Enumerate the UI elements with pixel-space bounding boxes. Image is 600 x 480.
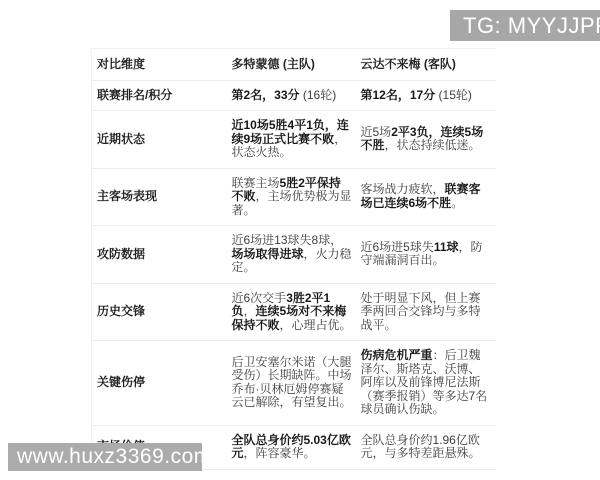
text-segment: 近6场进13球失8球， <box>232 233 343 247</box>
home-team-cell: 近6场进13球失8球，场场取得进球，火力稳定。 <box>232 226 361 284</box>
table-body: 联赛排名/积分第2名，33分 (16轮)第12名，17分 (15轮)近期状态近1… <box>92 80 496 469</box>
away-team-cell: 近6场进5球失11球，防守端漏洞百出。 <box>361 226 496 284</box>
home-team-cell: 第2名，33分 (16轮) <box>232 80 361 111</box>
text-segment: 第2名，33分 <box>232 88 303 102</box>
home-team-cell: 近10场5胜4平1负，连续9场正式比赛不败，状态火热。 <box>232 111 361 169</box>
header-row: 对比维度 多特蒙德 (主队) 云达不来梅 (客队) <box>92 49 496 81</box>
text-segment: 联赛主场 <box>232 176 280 190</box>
table-row: 主客场表现联赛主场5胜2平保持不败，主场优势极为显著。客场战力疲软，联赛客场已连… <box>92 168 496 226</box>
text-segment: 近10场5胜4平1负，连续9场正式比赛不败 <box>232 118 349 146</box>
table-row: 联赛排名/积分第2名，33分 (16轮)第12名，17分 (15轮) <box>92 80 496 111</box>
table-row: 近期状态近10场5胜4平1负，连续9场正式比赛不败，状态火热。近5场2平3负，连… <box>92 111 496 169</box>
text-segment: 近6场进5球失 <box>361 240 434 254</box>
text-segment: ， <box>244 304 256 318</box>
text-segment: 近6次交手 <box>232 291 287 305</box>
text-segment: 后卫安塞尔米诺（大腿受伤）长期缺阵。中场乔布·贝林厄姆停赛疑云已解除，有望复出。 <box>232 355 352 410</box>
telegram-watermark-badge: TG: MYYJJPP <box>450 10 600 41</box>
row-label: 联赛排名/积分 <box>92 80 232 111</box>
col-header-away-team: 云达不来梅 (客队) <box>361 49 496 81</box>
text-segment: 伤病危机严重 <box>361 348 433 362</box>
text-segment: 。 <box>451 196 463 210</box>
away-team-cell: 全队总身价约1.96亿欧元，与多特差距悬殊。 <box>361 425 496 469</box>
away-team-cell: 伤病危机严重：后卫魏泽尔、斯塔克、沃博、阿库以及前锋博尼法斯（赛季报销）等多达7… <box>361 341 496 426</box>
table-row: 关键伤停后卫安塞尔米诺（大腿受伤）长期缺阵。中场乔布·贝林厄姆停赛疑云已解除，有… <box>92 341 496 426</box>
text-segment: 第12名，17分 <box>361 88 439 102</box>
home-team-cell: 全队总身价约5.03亿欧元，阵容豪华。 <box>232 425 361 469</box>
row-label: 主客场表现 <box>92 168 232 226</box>
away-team-cell: 处于明显下风，但上赛季两回合交锋均与多特战平。 <box>361 283 496 341</box>
team-comparison-table: 对比维度 多特蒙德 (主队) 云达不来梅 (客队) 联赛排名/积分第2名，33分… <box>91 48 496 470</box>
text-segment: 11球 <box>434 240 459 254</box>
col-header-dimension: 对比维度 <box>92 49 232 81</box>
home-team-cell: 后卫安塞尔米诺（大腿受伤）长期缺阵。中场乔布·贝林厄姆停赛疑云已解除，有望复出。 <box>232 341 361 426</box>
away-team-cell: 第12名，17分 (15轮) <box>361 80 496 111</box>
text-segment: 场场取得进球 <box>232 247 304 261</box>
page: TG: MYYJJPP 对比维度 多特蒙德 (主队) 云达不来梅 (客队) 联赛… <box>0 0 600 480</box>
away-team-cell: 客场战力疲软，联赛客场已连续6场不胜。 <box>361 168 496 226</box>
text-segment: ，心理占优。 <box>280 318 352 332</box>
home-team-cell: 近6次交手3胜2平1负，连续5场对不来梅保持不败，心理占优。 <box>232 283 361 341</box>
text-segment: ，状态持续低迷。 <box>385 138 481 152</box>
row-label: 关键伤停 <box>92 341 232 426</box>
row-label: 历史交锋 <box>92 283 232 341</box>
away-team-cell: 近5场2平3负，连续5场不胜，状态持续低迷。 <box>361 111 496 169</box>
table-row: 历史交锋近6次交手3胜2平1负，连续5场对不来梅保持不败，心理占优。处于明显下风… <box>92 283 496 341</box>
home-team-cell: 联赛主场5胜2平保持不败，主场优势极为显著。 <box>232 168 361 226</box>
table-row: 攻防数据近6场进13球失8球，场场取得进球，火力稳定。近6场进5球失11球，防守… <box>92 226 496 284</box>
row-label: 近期状态 <box>92 111 232 169</box>
website-watermark-badge: www.huxz3369.com <box>8 443 202 471</box>
col-header-home-team: 多特蒙德 (主队) <box>232 49 361 81</box>
table-header: 对比维度 多特蒙德 (主队) 云达不来梅 (客队) <box>92 49 496 81</box>
text-segment: 全队总身价约1.96亿欧元，与多特差距悬殊。 <box>361 433 481 461</box>
text-segment: 客场战力疲软， <box>361 182 445 196</box>
text-segment: (16轮) <box>303 88 336 102</box>
text-segment: 处于明显下风，但上赛季两回合交锋均与多特战平。 <box>361 291 481 332</box>
text-segment: (15轮) <box>439 88 472 102</box>
row-label: 攻防数据 <box>92 226 232 284</box>
text-segment: 近5场 <box>361 125 392 139</box>
text-segment: ，阵容豪华。 <box>244 446 316 460</box>
